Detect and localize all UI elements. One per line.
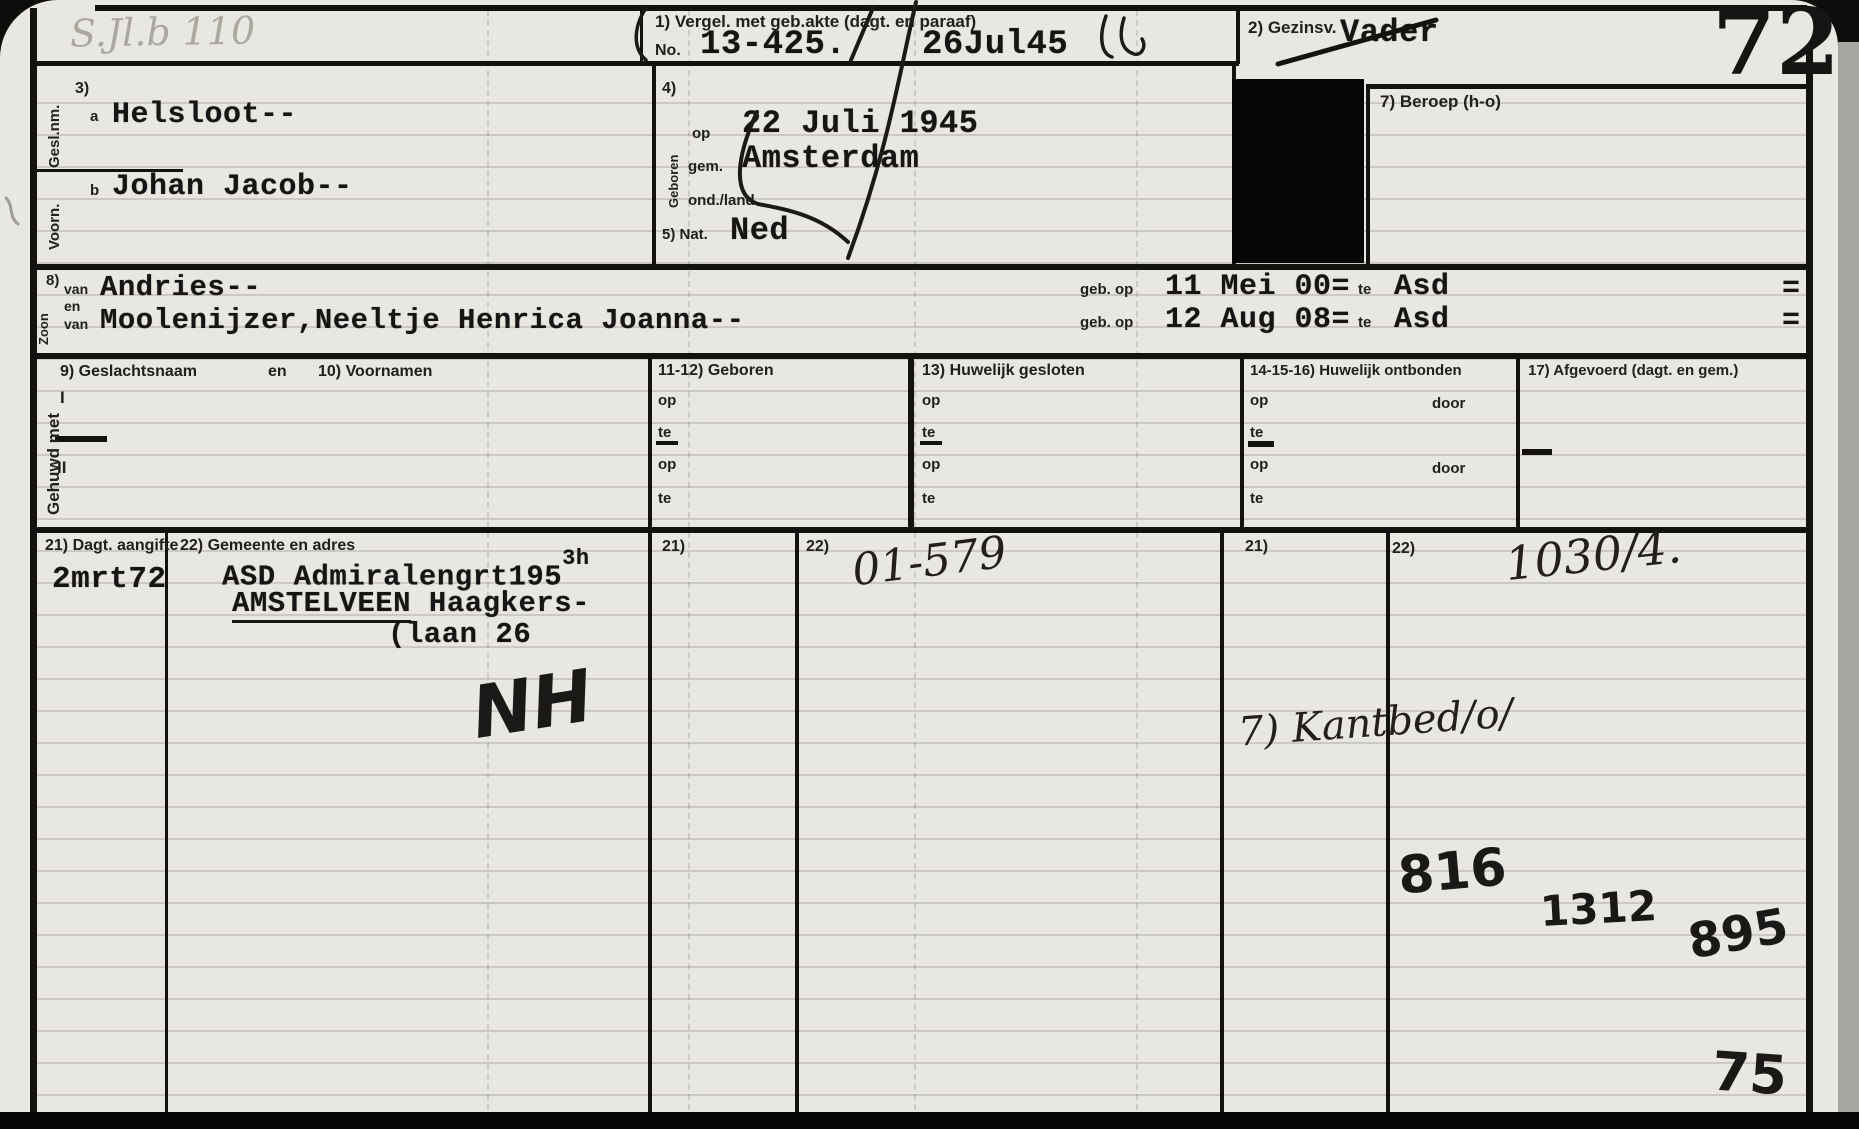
box8-number: 8) [46,272,59,289]
border-right [1806,45,1813,1112]
border-top [95,5,1807,11]
father-name-value: Andries-- [100,271,261,304]
col11-te-2: te [658,490,671,507]
van-label-2: van [64,316,88,332]
nationality-value: Ned [730,212,789,249]
birth-ond-label: ond./land [688,192,755,209]
col13-te-2: te [922,490,935,507]
en-label: en [64,298,80,314]
address-city: AMSTELVEEN [232,587,411,623]
te-underline-col13 [920,441,942,445]
father-birthdate-value: 11 Mei 00= [1165,270,1350,304]
box4-number: 4) [662,80,676,98]
col13-label: 13) Huwelijk gesloten [922,362,1085,380]
mother-birthdate-value: 12 Aug 08= [1165,303,1350,337]
box1-date-value: 26Jul45 [922,26,1068,64]
marriage-vertical-4 [1516,359,1520,529]
row2-bottom-divider [33,264,1813,270]
box3-side-label-givennames: Voorn. [46,204,63,250]
address-street-2: Haagkers- [411,587,590,620]
col14-door-2: door [1432,460,1465,477]
fold-crease [688,10,690,1110]
bottom-vertical-4 [1220,533,1224,1112]
registration-date-value: 2mrt72 [52,562,167,597]
col21b-label: 21) [662,538,685,556]
col13-op-1: op [922,392,940,409]
box3-box4-divider [652,64,656,267]
col22b-label: 22) [806,538,829,556]
col22c-label: 22) [1392,540,1415,558]
geb-op-label-1: geb. op [1080,281,1133,298]
van-label-1: van [64,281,88,297]
hw-number-816: 816 [1396,837,1509,906]
father-birthplace-value: Asd [1394,270,1450,304]
fold-crease [1136,10,1138,1110]
te-label-2: te [1358,314,1371,331]
te-label-1: te [1358,281,1371,298]
birth-gem-label: gem. [688,158,723,175]
beroep-label: 7) Beroep (h-o) [1380,92,1501,112]
col14-te-2: te [1250,490,1263,507]
card-number-stamp: 72 [1712,0,1840,88]
col11-op-2: op [658,456,676,473]
scan-bottom-band [0,1112,1859,1129]
col17-dash [1522,449,1552,455]
hw-number-1312: 1312 [1539,881,1658,936]
col21a-label: 21) Dagt. aangifte [45,537,178,555]
nationality-label: 5) Nat. [662,226,708,243]
birth-date-value: 22 Juli 1945 [742,105,978,142]
col11-te-1: te [658,424,671,441]
header-en-label: en [268,363,287,381]
geb-op-label-2: geb. op [1080,314,1133,331]
redaction-box [1232,79,1364,263]
header-vertical-2 [1236,8,1240,64]
address-line-2: AMSTELVEEN Haagkers- [232,587,590,620]
te-underline-col14 [1248,441,1274,447]
bottom-vertical-2 [648,533,652,1112]
te-underline-col11 [656,441,678,445]
box3-side-label-surname: Gesl.nm. [46,105,63,168]
box7-left-divider [1366,86,1370,267]
box3-number: 3) [75,80,89,98]
pencil-note: S.Jl.b 110 [70,8,256,55]
marriage-vertical-3 [1240,359,1244,529]
marriage-vertical-2 [908,359,914,529]
box2-label: 2) Gezinsv. [1248,18,1337,38]
col14-op-2: op [1250,456,1268,473]
mother-name-value: Moolenijzer,Neeltje Henrica Joanna-- [100,304,745,337]
col14-op-1: op [1250,392,1268,409]
address-line-3: (laan 26 [388,618,531,651]
box1-no-value: 13-425. [700,26,846,64]
mother-birthplace-value: Asd [1394,303,1450,337]
scan-edge-strip [1838,42,1859,1112]
header-vertical-1 [640,8,643,64]
birth-place-value: Amsterdam [742,140,919,177]
col17-label: 17) Afgevoerd (dagt. en gem.) [1528,362,1738,379]
surname-value: Helsloot-- [112,98,297,132]
box1-no-label: No. [655,42,681,60]
header-9-label: 9) Geslachtsnaam [60,363,197,381]
bottom-vertical-1 [165,533,168,1112]
box4-side-label: Geboren [666,155,681,208]
row-ii-label: II [57,458,66,478]
row-i-label: I [60,388,65,408]
bottom-vertical-3 [795,533,799,1112]
box3-a-label: a [90,108,98,125]
col11-op-1: op [658,392,676,409]
col13-te-1: te [922,424,935,441]
address-floor-sup: 3h [562,546,589,571]
scanned-registration-card: S.Jl.b 110 1) Vergel. met geb.akte (dagt… [0,0,1859,1129]
box3-b-label: b [90,182,99,199]
bottom-vertical-5 [1386,533,1390,1112]
col14-door-1: door [1432,395,1465,412]
given-names-value: Johan Jacob-- [112,170,353,204]
col14-te-1: te [1250,424,1263,441]
box8-side-label: Zoon [36,313,51,345]
col14-16-label: 14-15-16) Huwelijk ontbonden [1250,362,1462,379]
col21c-label: 21) [1245,538,1268,556]
row8-eq-mark-2: = [1782,304,1801,338]
box2-value: Vader [1340,14,1439,51]
border-left [30,8,37,1112]
col11-12-label: 11-12) Geboren [658,362,774,380]
col13-op-2: op [922,456,940,473]
hw-number-75: 75 [1710,1039,1789,1107]
header-10-label: 10) Voornamen [318,363,432,381]
col22a-label: 22) Gemeente en adres [180,537,355,555]
row8-eq-mark-1: = [1782,272,1801,306]
row8-bottom-divider [33,353,1813,359]
marriage-vertical-1 [648,359,652,529]
birth-op-label: op [692,125,710,142]
